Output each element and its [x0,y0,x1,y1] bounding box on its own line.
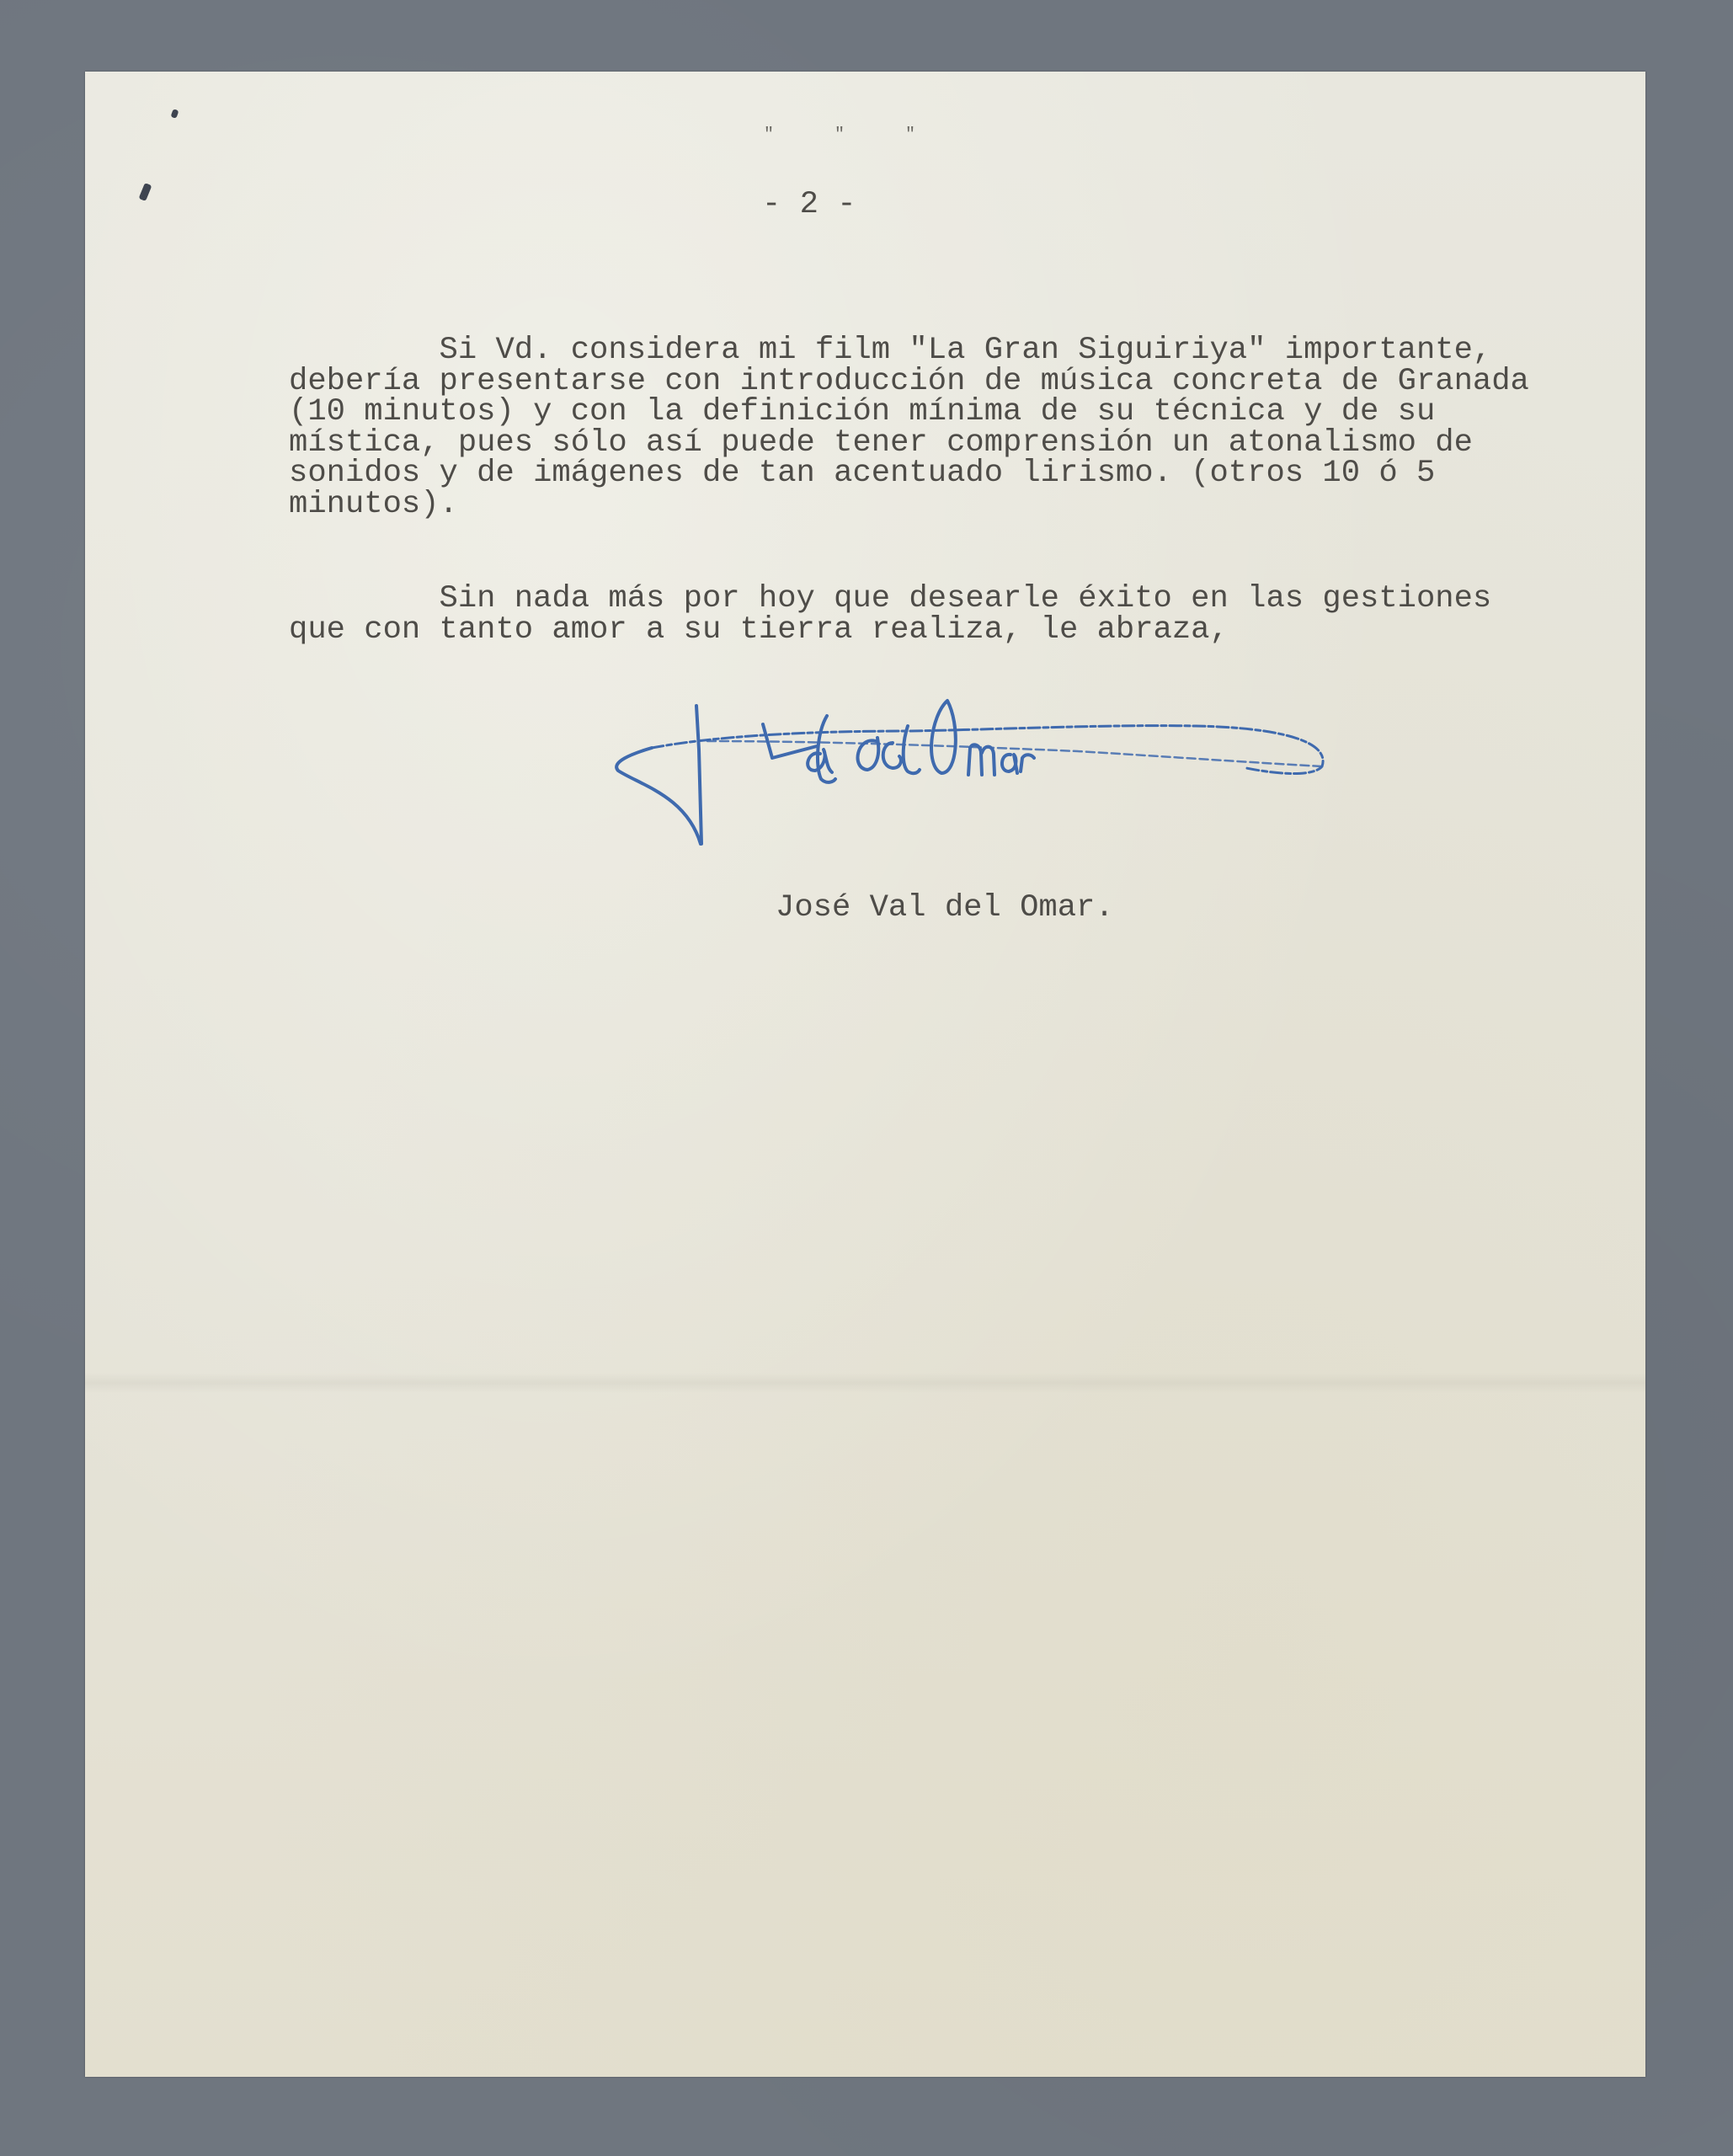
text-line: que con tanto amor a su tierra realiza, … [289,615,1491,646]
staple-hole-mark [171,109,179,119]
paper-fold-line [85,1373,1645,1393]
body-paragraph-2: Sin nada más por hoy que desearle éxito … [289,584,1491,645]
typed-signature-name: José Val del Omar. [776,893,1114,924]
text-line: minutos). [289,489,1529,520]
page-number: - 2 - [762,189,856,221]
body-paragraph-1: Si Vd. considera mi film "La Gran Siguir… [289,335,1529,520]
text-line: mística, pues sólo así puede tener compr… [289,428,1529,459]
text-line: debería presentarse con introducción de … [289,366,1529,398]
ditto-marks: " " " [764,120,941,152]
handwritten-signature [606,691,1381,859]
text-line: Sin nada más por hoy que desearle éxito … [289,584,1491,615]
staple-hole-mark [139,183,152,201]
text-line: sonidos y de imágenes de tan acentuado l… [289,458,1529,489]
text-line: Si Vd. considera mi film "La Gran Siguir… [289,335,1529,366]
text-line: (10 minutos) y con la definición mínima … [289,397,1529,428]
letter-page: " " " - 2 - Si Vd. considera mi film "La… [85,72,1645,2077]
